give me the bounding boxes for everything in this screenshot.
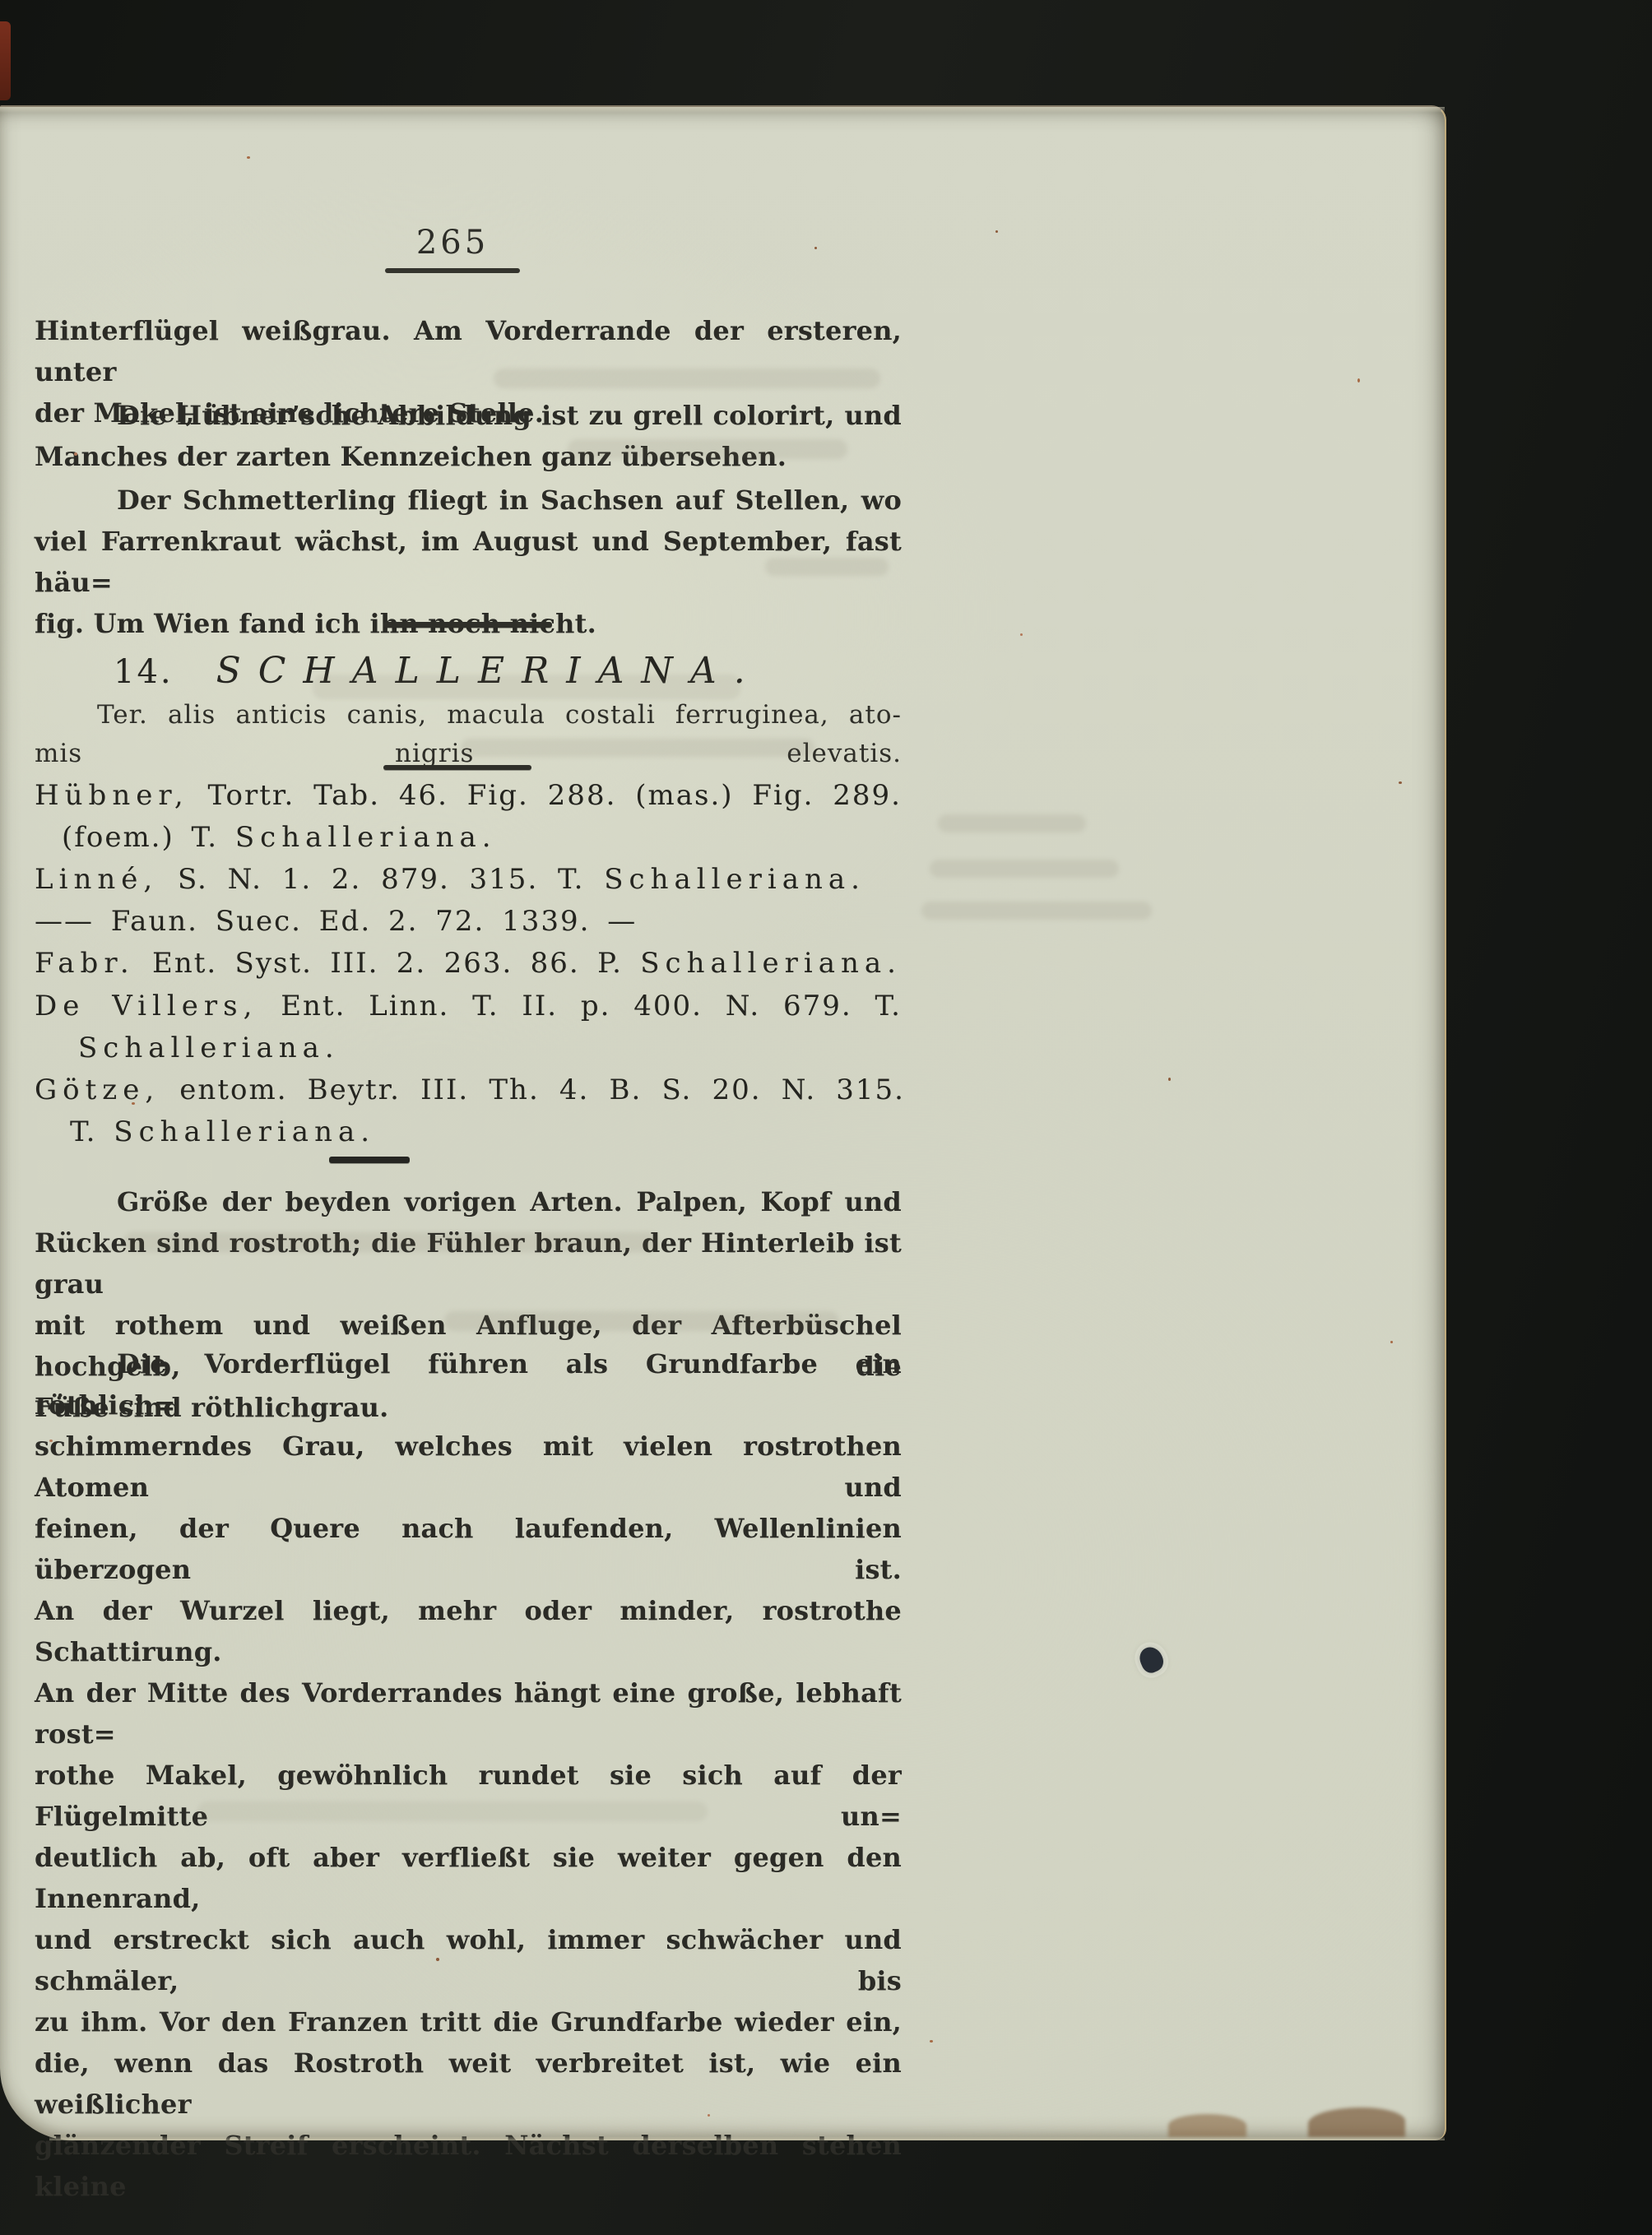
text-segment: zu ihm. Vor den Franzen tritt die Grundf… [35,2006,902,2038]
edge-stain [1308,2107,1405,2137]
text-line: An der Wurzel liegt, mehr oder minder, r… [35,1590,902,1672]
text-segment: Die Hübner’sche Abbildung ist zu grell c… [117,400,902,431]
text-line: An der Mitte des Vorderrandes hängt eine… [35,1672,902,1755]
text-line: die, wenn das Rostroth weit verbreitet i… [35,2043,902,2125]
text-segment: T. [70,1115,114,1148]
text-segment: die, wenn das Rostroth weit verbreitet i… [35,2047,902,2120]
text-line: deutlich ab, oft aber verfließt sie weit… [35,1837,902,1919]
text-line: feinen, der Quere nach laufenden, Wellen… [35,1508,902,1590]
page-number-rule [385,268,520,273]
text-line: und erstreckt sich auch wohl, immer schw… [35,1919,902,2001]
latin-diagnosis: Ter. alis anticis canis, macula costali … [35,696,902,773]
text-segment: Schalleriana. [114,1115,375,1148]
text-segment: Fabr. [35,947,135,980]
book-spine-sliver [0,21,11,100]
text-segment: Größe der beyden vorigen Arten. Palpen, … [117,1186,902,1217]
bleedthrough-smudge [461,739,814,757]
scanned-book-page: { "page_number": "265", "paragraphs": { … [0,0,1652,2235]
paper-speck [1020,633,1023,636]
text-segment: feinen, der Quere nach laufenden, Wellen… [35,1513,902,1585]
text-segment: Schalleriana. [235,821,497,854]
paper-speck [930,2040,933,2043]
text-segment: An der Wurzel liegt, mehr oder minder, r… [35,1595,902,1667]
paper-speck [708,2114,710,2117]
bleedthrough-smudge [568,439,847,459]
text-segment: und erstreckt sich auch wohl, immer schw… [35,1924,902,1996]
paper-speck [1168,1078,1171,1081]
bleedthrough-smudge [197,1801,708,1821]
text-segment: deutlich ab, oft aber verfließt sie weit… [35,1842,902,1914]
text-segment: Tortr. Tab. 46. Fig. 288. (mas.) Fig. 28… [189,779,902,812]
edge-stain [1168,2114,1246,2137]
paper-speck [814,247,817,249]
reference-huebner: Hübner, Tortr. Tab. 46. Fig. 288. (mas.)… [35,775,902,817]
reference-fauna-suecica: —— Faun. Suec. Ed. 2. 72. 1339. — [35,901,874,943]
section-divider-top [383,622,552,628]
text-segment: Die Vorderflügel führen als Grundfarbe e… [35,1348,902,1421]
bleedthrough-smudge [123,1232,658,1252]
reference-goetze: Götze, entom. Beytr. III. Th. 4. B. S. 2… [35,1069,905,1111]
paper-speck [436,1958,439,1961]
diagnosis-divider [383,765,531,770]
text-segment: An der Mitte des Vorderrandes hängt eine… [35,1677,902,1750]
text-segment: Ent. Syst. III. 2. 263. 86. P. [135,947,641,980]
text-segment: entom. Beytr. III. Th. 4. B. S. 20. N. 3… [160,1073,905,1106]
text-segment: Linné, [35,863,158,896]
reference-linne: Linné, S. N. 1. 2. 879. 315. T. Schaller… [35,859,865,901]
reference-huebner-cont: (foem.) T. Schalleriana. [62,817,901,859]
paper-speck [247,156,250,159]
text-line: Größe der beyden vorigen Arten. Palpen, … [35,1181,902,1222]
text-segment: Ent. Linn. T. II. p. 400. N. 679. T. [258,990,902,1022]
page-number: 265 [370,224,535,262]
reference-devillers: De Villers, Ent. Linn. T. II. p. 400. N.… [35,985,902,1027]
paper-speck [1399,781,1402,784]
text-segment: Schalleriana. [640,947,902,980]
paper-speck [74,452,77,456]
text-line: glänzender Streif erscheint. Nächst ders… [35,2125,902,2207]
text-segment: De Villers, [35,990,258,1022]
book-page-paper: 265 Hinterflügel weißgrau. Am Vorderrand… [0,105,1446,2140]
text-segment: Schalleriana. [604,863,865,896]
text-line: Ter. alis anticis canis, macula costali … [35,696,902,735]
text-segment: Schalleriana. [78,1032,340,1064]
bleedthrough-smudge [313,675,740,699]
reference-goetze-cont: T. Schalleriana. [70,1111,893,1153]
paper-speck [1390,1341,1393,1343]
bleedthrough-smudge [765,558,889,576]
text-segment: —— Faun. Suec. Ed. 2. 72. 1339. — [35,905,637,938]
text-line: Die Hübner’sche Abbildung ist zu grell c… [35,395,902,436]
text-line: zu ihm. Vor den Franzen tritt die Grundf… [35,2001,902,2043]
paper-speck [132,1102,135,1105]
text-segment: Hübner, [35,779,189,812]
text-segment: glänzender Streif erscheint. Nächst ders… [35,2130,902,2202]
reference-divider [329,1157,410,1163]
paragraph-huebner-figure: Die Hübner’sche Abbildung ist zu grell c… [35,395,902,477]
bleedthrough-smudge [444,1311,839,1331]
text-segment: (foem.) T. [62,821,235,854]
text-segment: S. N. 1. 2. 879. 315. T. [158,863,604,896]
ink-blot [1136,1644,1167,1676]
paper-speck [49,1440,53,1442]
text-segment: Der Schmetterling fliegt in Sachsen auf … [117,485,902,516]
bleedthrough-smudge [938,814,1086,832]
text-line: rothe Makel, gewöhnlich rundet sie sich … [35,1755,902,1837]
paper-speck [995,230,998,233]
text-line: Der Schmetterling fliegt in Sachsen auf … [35,480,902,521]
bleedthrough-smudge [921,902,1152,920]
description-forewings: Die Vorderflügel führen als Grundfarbe e… [35,1343,902,2207]
bleedthrough-smudge [494,369,880,388]
paper-speck [1357,378,1360,383]
text-segment: Ter. alis anticis canis, macula costali … [97,700,902,730]
text-segment: schimmerndes Grau, welches mit vielen ro… [35,1430,902,1503]
text-line: Die Vorderflügel führen als Grundfarbe e… [35,1343,902,1426]
reference-fabricius: Fabr. Ent. Syst. III. 2. 263. 86. P. Sch… [35,943,902,985]
species-number: 14. [114,653,174,691]
bleedthrough-smudge [930,860,1119,878]
text-line: schimmerndes Grau, welches mit vielen ro… [35,1426,902,1508]
reference-devillers-cont: Schalleriana. [78,1027,901,1069]
text-segment: Götze, [35,1073,160,1106]
